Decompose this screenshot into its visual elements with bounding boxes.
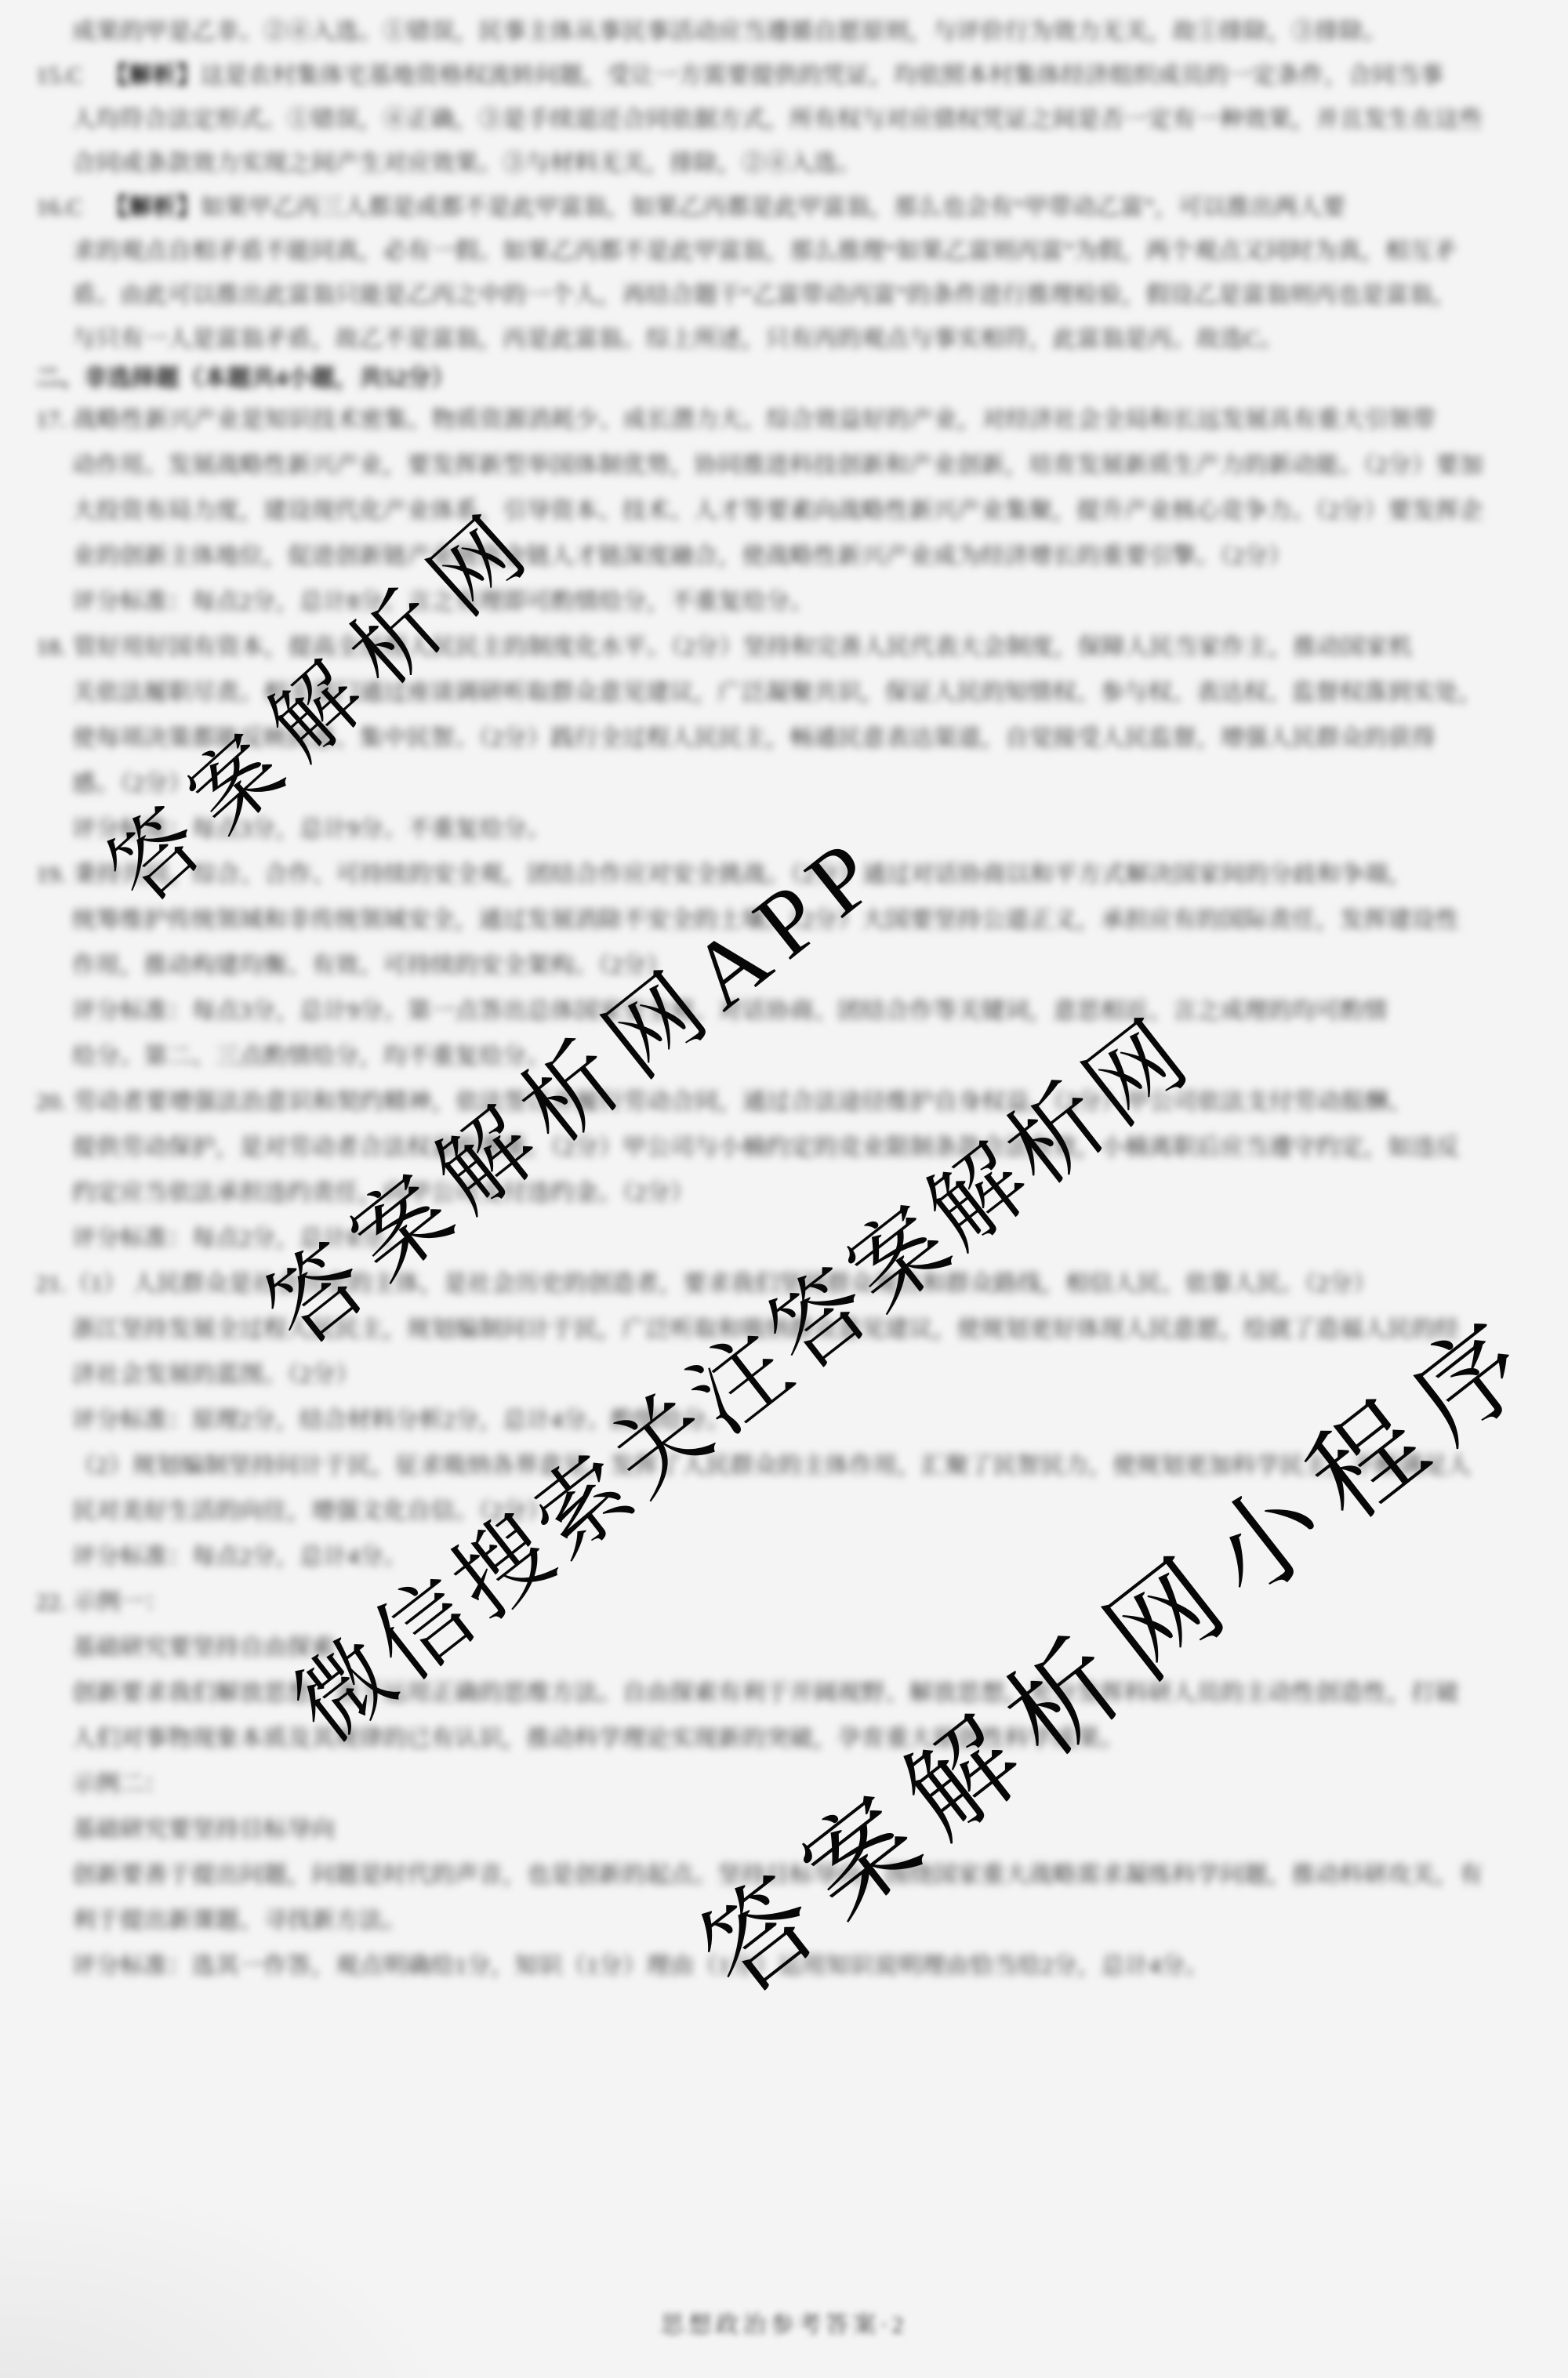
answer-text-line: 评分标准：选其一作答，观点明确给1分，知识（1分）理由（1分）运用知识说明理由恰… <box>72 1950 1209 1983</box>
answer-text-line: 创新要善于提出问题，问题是时代的声音，也是创新的起点。坚持目标导向，围绕国家重大… <box>72 1859 1483 1892</box>
answer-text-line: 评分标准：每点3分，总计9分。第一点答出总体国家安全观、对话协商、团结合作等关键… <box>72 995 1388 1028</box>
answer-text-line: 合同或条款效力实现之间产生对应效果。③与材料无关，排除，②④入选。 <box>72 147 862 180</box>
answer-text-line: 15.C【解析】这是农村集体宅基地资格权流转问题，受让一方需要提供的凭证，均依照… <box>36 60 1444 93</box>
item-number: 21.（1） <box>36 1268 127 1301</box>
item-number: 19. <box>36 859 67 891</box>
answer-text-line: 人们对事物现象本质及其规律的已有认识，推动科学理论实现新的突破，孕育重大原创性科… <box>72 1723 1124 1755</box>
answer-text-line: （2）规划编制坚持问计于民，征求吸纳各界意见，发挥了人民群众的主体作用，汇聚了民… <box>72 1450 1472 1483</box>
answer-text-line: 评分标准：原理2分，结合材料分析2分，总计4分。酌情给分。 <box>72 1404 731 1437</box>
answer-text-line: 成果的甲是乙非。②④入选。①错误，民事主体从事民事活动应当遵循自愿原则，与评价行… <box>72 16 1388 49</box>
answer-text-line: 18.管好用好国有资本，提高全过程人民民主的制度化水平。（2分）坚持和完善人民代… <box>36 631 1413 664</box>
answer-text-line: 评分标准：每点2分，总计8分。 <box>72 1222 408 1255</box>
answer-text-line: 给分。第二、三点酌情给分，均不重复给分。 <box>72 1040 550 1073</box>
answer-text-line: 22.示例一： <box>36 1586 169 1619</box>
answer-text-line: 作用，推动构建均衡、有效、可持续的安全架构。（2分） <box>72 949 670 982</box>
answer-text-line: 17.战略性新兴产业是知识技术密集、物质资源消耗少、成长潜力大、综合效益好的产业… <box>36 404 1436 437</box>
answer-text-line: 基础研究要坚持目标导向 <box>72 1813 336 1846</box>
answer-text-line: 盾。由此可以推出此富翁只能是乙丙之中的一个人，再结合题干“乙富带动丙富”的条件进… <box>72 279 1457 312</box>
answer-text-line: 统筹维护传统领域和非传统领域安全，通过发展消除不安全的土壤。（2分）大国要坚持公… <box>72 904 1460 937</box>
answer-text-line: 约定应当依法承担违约责任，向甲公司支付违约金。（2分） <box>72 1177 695 1210</box>
answer-text-line: 关依法履职尽责。相关部门通过座谈调研听取群众意见建议，广泛凝聚共识，保证人民的知… <box>72 677 1483 710</box>
answer-text-line: 人均符合法定形式。①错误，④正确，③是手续退还合同依据方式，所有权与对应债权凭证… <box>72 103 1483 136</box>
item-number: 15.C <box>36 60 83 93</box>
item-number: 18. <box>36 631 67 664</box>
answer-text-line: 19.秉持共同、综合、合作、可持续的安全观，团结合作应对安全挑战。（2分）通过对… <box>36 859 1413 891</box>
answer-text-line: 21.（1）人民群众是社会历史的主体，是社会历史的创造者，要求我们坚持群众观点和… <box>36 1268 1377 1301</box>
answer-text-line: 民对美好生活的向往，增强文化自信。（2分） <box>72 1495 551 1528</box>
answer-text-line: 创新要求我们解放思想，善于运用正确的思维方法。自由探索有利于开阔视野、解放思想，… <box>72 1677 1459 1710</box>
answer-text-line: 评分标准：每点2分，总计8分。言之有理即可酌情给分，不重复给分。 <box>72 586 814 619</box>
answer-text-line: 基础研究要坚持自由探索 <box>72 1632 336 1665</box>
answer-text-line: 评分标准：每点3分，总计9分。不重复给分。 <box>72 813 551 846</box>
answer-text-line: 济社会发展的蓝图。（2分） <box>72 1359 360 1392</box>
answer-text-line: 20.劳动者要增强法治意识和契约精神，依法签订并履行劳动合同，通过合法途径维护自… <box>36 1086 1413 1119</box>
answer-text-line: 业的创新主体地位，促进创新链产业链资金链人才链深度融合，使战略性新兴产业成为经济… <box>72 540 1292 573</box>
answer-text-line: 利于提出新课题、寻找新方法。 <box>72 1904 407 1937</box>
analysis-label: 【解析】 <box>105 194 201 220</box>
item-number: 22. <box>36 1586 67 1619</box>
page-footer: 思想政治参考答案·2 <box>0 2305 1568 2340</box>
answer-text-line: 感。（2分） <box>72 768 192 801</box>
section-heading: 二、非选择题（本题共4小题，共52分） <box>36 362 456 395</box>
answer-text-line: 求的观点自相矛盾不能同真，必有一假。如果乙丙都不是此甲富翁，那么推理“如果乙富则… <box>72 235 1457 268</box>
answer-text-line: 动作用。发展战略性新兴产业，要发挥新型举国体制优势，协同推进科技创新和产业创新，… <box>72 449 1483 482</box>
item-number: 17. <box>36 404 67 437</box>
answer-text-line: 示例二： <box>72 1768 168 1801</box>
answer-text-line: 使每项决策都能反映民意、集中民智。（2分）践行全过程人民民主，畅通民意表达渠道，… <box>72 722 1436 755</box>
answer-text-line: 浙江坚持发展全过程人民民主，规划编制问计于民，广泛听取和吸纳群众意见建议，使规划… <box>72 1313 1459 1346</box>
answer-text-line: 16.C【解析】如果甲乙丙三人都是或都不是此甲富翁，如果乙丙都是此甲富翁，那么也… <box>36 191 1346 224</box>
item-number: 20. <box>36 1086 67 1119</box>
answer-text-line: 提供劳动保护，是对劳动者合法权益的尊重。（2分）甲公司与小楠约定的竞业限制条款合… <box>72 1131 1460 1164</box>
analysis-label: 【解析】 <box>105 63 201 89</box>
exam-answer-sheet-page: 成果的甲是乙非。②④入选。①错误，民事主体从事民事活动应当遵循自愿原则，与评价行… <box>0 0 1568 2378</box>
answer-text-layer: 成果的甲是乙非。②④入选。①错误，民事主体从事民事活动应当遵循自愿原则，与评价行… <box>0 0 1568 2378</box>
item-number: 16.C <box>36 191 83 224</box>
answer-text-line: 大投资布局力度，建设现代化产业体系，引导资本、技术、人才等要素向战略性新兴产业集… <box>72 495 1483 528</box>
answer-text-line: 评分标准：每点2分，总计4分。 <box>72 1541 408 1574</box>
answer-text-line: 与只有一人是富翁矛盾，故乙不是富翁，丙是此富翁。综上所述，只有丙的观点与事实相符… <box>72 323 1284 356</box>
